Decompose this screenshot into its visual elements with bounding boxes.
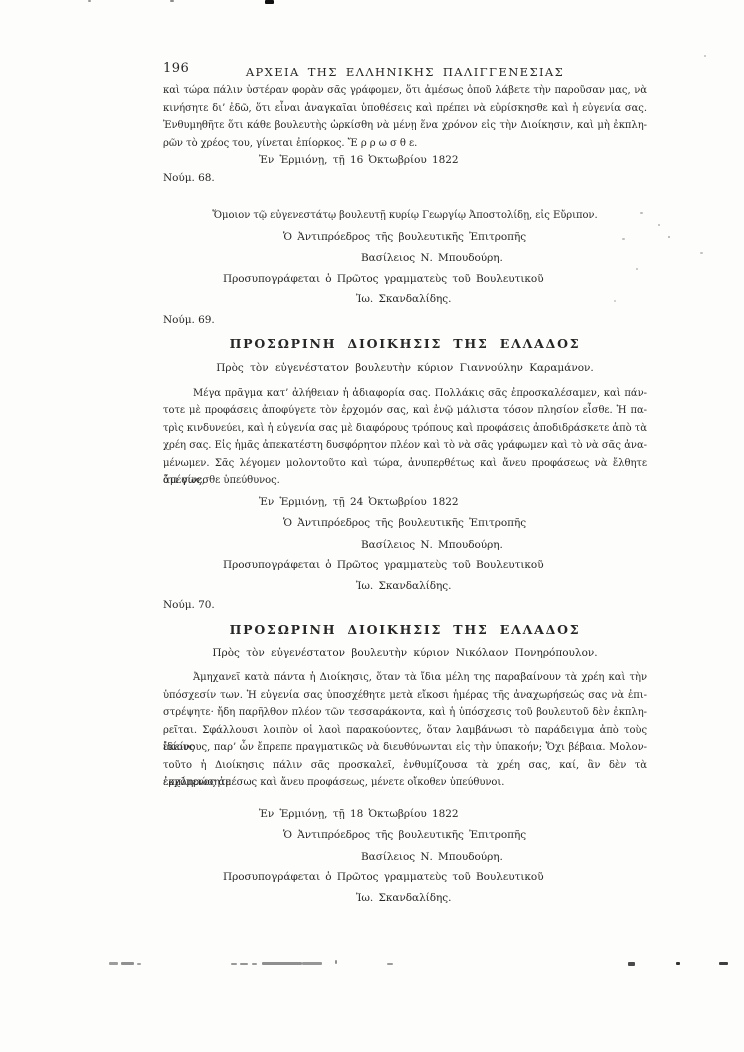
text-line: ὑπόσχεσίν των. Ἡ εὐγενία σας ὑποσχέθητε … — [163, 687, 647, 705]
scan-artifact — [700, 252, 703, 254]
scan-artifact — [121, 962, 134, 965]
scan-artifact — [628, 962, 635, 966]
document-70: Νούμ. 70. ΠΡΟΣΩΡΙΝΗ ΔΙΟΙΚΗΣΙΣ ΤΗΣ ΕΛΛΑΔΟ… — [163, 597, 647, 907]
scanned-page: 196 ΑΡΧΕΙΑ ΤΗΣ ΕΛΛΗΝΙΚΗΣ ΠΑΛΙΓΓΕΝΕΣΙΑΣ κ… — [0, 0, 744, 1052]
addendum-line: Ὅμοιον τῷ εὐγενεστάτῳ βουλευτῇ κυρίῳ Γεω… — [163, 207, 647, 225]
text-line: τρὶς κινδυνεύει, καὶ ἡ εὐγενία σας μὲ δι… — [163, 420, 647, 438]
text-line: χρέη σας. Εἰς ἡμᾶς ἀπεκατέστη δυσφόρητον… — [163, 437, 647, 455]
document-heading: ΠΡΟΣΩΡΙΝΗ ΔΙΟΙΚΗΣΙΣ ΤΗΣ ΕΛΛΑΔΟΣ — [163, 621, 647, 639]
text-line: τοτε μὲ προφάσεις ἀποφύγετε τὸν ἐρχομόν … — [163, 402, 647, 420]
signature-name: Βασίλειος Ν. Μπουδούρη. — [361, 250, 647, 268]
scan-artifact — [252, 963, 257, 965]
signature-title: Ὁ Ἀντιπρόεδρος τῆς βουλευτικῆς Ἐπιτροπῆς — [283, 229, 647, 247]
text-line: στρέψητε· ἤδη παρῆλθον πλέον τῶν τεσσαρά… — [163, 704, 647, 722]
countersignature-label: Προσυπογράφεται ὁ Πρῶτος γραμματεὺς τοῦ … — [223, 557, 647, 575]
text-line: τοῦτο ἡ Διοίκησις πάλιν σᾶς προσκαλεῖ, ἐ… — [163, 757, 647, 775]
document-69: Νούμ. 69. ΠΡΟΣΩΡΙΝΗ ΔΙΟΙΚΗΣΙΣ ΤΗΣ ΕΛΛΑΔΟ… — [163, 312, 647, 596]
signature-title: Ὁ Ἀντιπρόεδρος τῆς βουλευτικῆς Ἐπιτροπῆς — [283, 827, 647, 845]
letter-body: Ἀμηχανεῖ κατὰ πάντα ἡ Διοίκησις, ὅταν τὰ… — [163, 669, 647, 792]
text-line: Ἐνθυμηθῆτε ὅτι κάθε βουλευτὴς ὡρκίσθη νὰ… — [163, 117, 647, 135]
text-line: κινήσητε δι’ ἐδῶ, ὅτι εἶναι ἀναγκαῖαι ὑπ… — [163, 100, 647, 118]
scan-artifact — [676, 962, 680, 965]
countersignature-name: Ἰω. Σκανδαλίδης. — [356, 291, 647, 309]
text-line: ἐκείνους, παρ’ ὧν ἔπρεπε πραγματικῶς νὰ … — [163, 739, 647, 757]
signature-name: Βασίλειος Ν. Μπουδούρη. — [361, 849, 647, 867]
running-title: ΑΡΧΕΙΑ ΤΗΣ ΕΛΛΗΝΙΚΗΣ ΠΑΛΙΓΓΕΝΕΣΙΑΣ — [246, 65, 564, 79]
scan-artifact — [668, 236, 670, 238]
letter-body: Μέγα πρᾶγμα κατ’ ἀλήθειαν ἡ ἀδιαφορία σα… — [163, 385, 647, 490]
scan-artifact — [704, 55, 706, 57]
letter-fragment: καὶ τώρα πάλιν ὑστέραν φορὰν σᾶς γράφομε… — [163, 82, 647, 170]
addressee-line: Πρὸς τὸν εὐγενέστατον βουλευτὴν κύριον Γ… — [163, 360, 647, 378]
scan-artifact — [387, 963, 393, 965]
scan-artifact — [88, 0, 91, 2]
scan-artifact — [109, 962, 118, 965]
document-68: Νούμ. 68. Ὅμοιον τῷ εὐγενεστάτῳ βουλευτῇ… — [163, 170, 647, 309]
dateline: Ἐν Ἑρμιόνῃ, τῇ 18 Ὀκτωβρίου 1822 — [259, 806, 647, 824]
document-number-label: Νούμ. 68. — [163, 170, 647, 188]
scan-artifact — [658, 224, 660, 226]
scan-artifact — [137, 963, 141, 965]
signature-title: Ὁ Ἀντιπρόεδρος τῆς βουλευτικῆς Ἐπιτροπῆς — [283, 515, 647, 533]
text-line: ρῶν τὸ χρέος του, γίνεται ἐπίορκος. Ἔ ρ … — [163, 135, 647, 153]
page-number: 196 — [163, 61, 189, 76]
text-line: μένωμεν. Σᾶς λέγομεν μολοντοῦτο καὶ τώρα… — [163, 455, 647, 473]
dateline: Ἐν Ἑρμιόνῃ, τῇ 16 Ὀκτωβρίου 1822 — [259, 152, 647, 170]
signature-name: Βασίλειος Ν. Μπουδούρη. — [361, 537, 647, 555]
countersignature-label: Προσυπογράφεται ὁ Πρῶτος γραμματεὺς τοῦ … — [223, 271, 647, 289]
document-number-label: Νούμ. 69. — [163, 312, 647, 330]
page-header: 196 ΑΡΧΕΙΑ ΤΗΣ ΕΛΛΗΝΙΚΗΣ ΠΑΛΙΓΓΕΝΕΣΙΑΣ — [163, 61, 647, 78]
scan-artifact — [240, 963, 248, 965]
text-line: ἐρχόμενος ἀμέσως καὶ ἄνευ προφάσεως, μέν… — [163, 774, 647, 792]
document-heading: ΠΡΟΣΩΡΙΝΗ ΔΙΟΙΚΗΣΙΣ ΤΗΣ ΕΛΛΑΔΟΣ — [163, 335, 647, 353]
scan-artifact — [335, 960, 337, 964]
text-line: ὅτι γίνεσθε ὑπεύθυνος. — [163, 472, 647, 490]
countersignature-name: Ἰω. Σκανδαλίδης. — [356, 890, 647, 908]
page-body: 196 ΑΡΧΕΙΑ ΤΗΣ ΕΛΛΗΝΙΚΗΣ ΠΑΛΙΓΓΕΝΕΣΙΑΣ κ… — [163, 0, 647, 907]
text-line: Ἀμηχανεῖ κατὰ πάντα ἡ Διοίκησις, ὅταν τὰ… — [163, 669, 647, 687]
text-line: καὶ τώρα πάλιν ὑστέραν φορὰν σᾶς γράφομε… — [163, 82, 647, 100]
document-number-label: Νούμ. 70. — [163, 597, 647, 615]
countersignature-name: Ἰω. Σκανδαλίδης. — [356, 578, 647, 596]
scan-artifact — [302, 962, 322, 965]
scan-artifact — [262, 962, 302, 965]
dateline: Ἐν Ἑρμιόνῃ, τῇ 24 Ὀκτωβρίου 1822 — [259, 494, 647, 512]
addressee-line: Πρὸς τὸν εὐγενέστατον βουλευτὴν κύριον Ν… — [163, 645, 647, 663]
scan-artifact — [231, 963, 237, 965]
text-line: ρεῖται. Σφάλλουσι λοιπὸν οἱ λαοὶ παρακού… — [163, 722, 647, 740]
countersignature-label: Προσυπογράφεται ὁ Πρῶτος γραμματεὺς τοῦ … — [223, 869, 647, 887]
text-line: Μέγα πρᾶγμα κατ’ ἀλήθειαν ἡ ἀδιαφορία σα… — [163, 385, 647, 403]
scan-artifact — [719, 962, 728, 965]
